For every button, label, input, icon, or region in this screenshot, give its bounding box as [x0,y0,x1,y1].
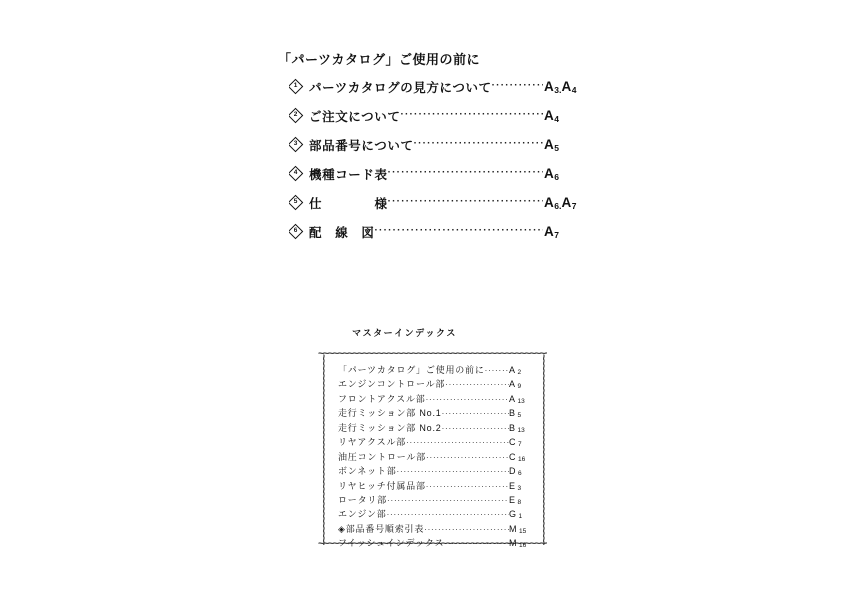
decorative-border-top [318,350,547,359]
page-ref: A4 [544,107,559,125]
dot-leader [492,80,543,91]
toc-item-label: 配 線 図 [309,223,375,241]
page-ref: A6.A7 [544,194,576,212]
index-item-label: 走行ミッション部 No.1 [338,406,442,420]
index-item-label: 油圧コントロール部 [338,450,426,464]
index-item: ロータリ部 E8 [338,492,536,506]
diamond-number-badge: 3 [289,137,303,153]
index-item: リヤヒッチ付属品部 E3 [338,478,536,492]
dot-leader [388,167,543,178]
index-item: 走行ミッション部 No.1 B5 [338,405,536,419]
index-item: 「パーツカタログ」ご使用の前に A2 [338,362,536,376]
dot-leader [445,378,509,392]
dot-leader [426,480,509,494]
index-item: フロントアクスル部 A13 [338,391,536,405]
index-item-label: エンジンコントロール部 [338,377,445,391]
dot-leader [485,364,509,378]
dot-leader [442,407,509,421]
index-item: 油圧コントロール部 C16 [338,449,536,463]
index-item: エンジンコントロール部 A9 [338,376,536,390]
index-item-label: リヤアクスル部 [338,435,406,449]
index-item-label: フロントアクスル部 [338,392,426,406]
page-ref: A7 [544,223,559,241]
toc-item: 5 仕 様 A6.A7 [289,188,599,217]
dot-leader [414,138,543,149]
dot-leader [426,393,509,407]
toc-item-label: 部品番号について [309,136,414,154]
page-ref: A5 [544,136,559,154]
index-item-label: ◈部品番号順索引表 [338,522,424,536]
index-item: ボンネット部 D6 [338,463,536,477]
dot-leader [387,494,509,508]
toc-item: 2 ご注文について A4 [289,101,599,130]
index-item-label: 走行ミッション部 No.2 [338,421,442,435]
index-item-label: ロータリ部 [338,493,387,507]
page-ref: A6 [544,165,559,183]
master-index-title: マスターインデックス [290,326,519,339]
index-item: ◈部品番号順索引表 M15 [338,521,536,535]
master-index-list: 「パーツカタログ」ご使用の前に A2 エンジンコントロール部 A9 フロントアク… [325,362,541,541]
toc-item-label: 仕 様 [309,194,388,212]
toc-list: 1 パーツカタログの見方について A3.A4 2 ご注文について A4 3 部品… [289,72,599,246]
diamond-number-badge: 6 [289,224,303,240]
index-item: リヤアクスル部 C7 [338,434,536,448]
index-item-label: 「パーツカタログ」ご使用の前に [338,363,485,377]
index-item: エンジン部 G1 [338,506,536,520]
toc-item: 6 配 線 図 A7 [289,217,599,246]
dot-leader [426,451,509,465]
index-item-label: リヤヒッチ付属品部 [338,479,426,493]
index-item: 走行ミッション部 No.2 B13 [338,420,536,434]
dot-leader [442,422,509,436]
master-index-box: 「パーツカタログ」ご使用の前に A2 エンジンコントロール部 A9 フロントアク… [318,350,547,549]
dot-leader [406,436,509,450]
dot-leader [397,465,509,479]
index-item-label: フイッシュインデックス [338,536,444,550]
index-item: フイッシュインデックス M16 [338,535,536,549]
diamond-number-badge: 2 [289,108,303,124]
page-ref: A3.A4 [544,78,576,96]
dot-leader [387,508,509,522]
page-title: 「パーツカタログ」ご使用の前に [278,49,480,68]
diamond-number-badge: 5 [289,195,303,211]
index-item-label: エンジン部 [338,507,387,521]
toc-item: 4 機種コード表 A6 [289,159,599,188]
toc-item-label: パーツカタログの見方について [309,78,492,96]
document-page: 「パーツカタログ」ご使用の前に 1 パーツカタログの見方について A3.A4 2… [0,0,841,596]
dot-leader [424,523,509,537]
dot-leader [375,225,543,236]
toc-item: 3 部品番号について A5 [289,130,599,159]
toc-item-label: ご注文について [309,107,400,125]
dot-leader [444,537,509,551]
index-item-label: ボンネット部 [338,464,397,478]
toc-item-label: 機種コード表 [309,165,388,183]
diamond-number-badge: 4 [289,166,303,182]
index-page-ref: M16 [509,535,536,553]
dot-leader [388,196,543,207]
diamond-number-badge: 1 [289,79,303,95]
toc-item: 1 パーツカタログの見方について A3.A4 [289,72,599,101]
dot-leader [400,109,543,120]
